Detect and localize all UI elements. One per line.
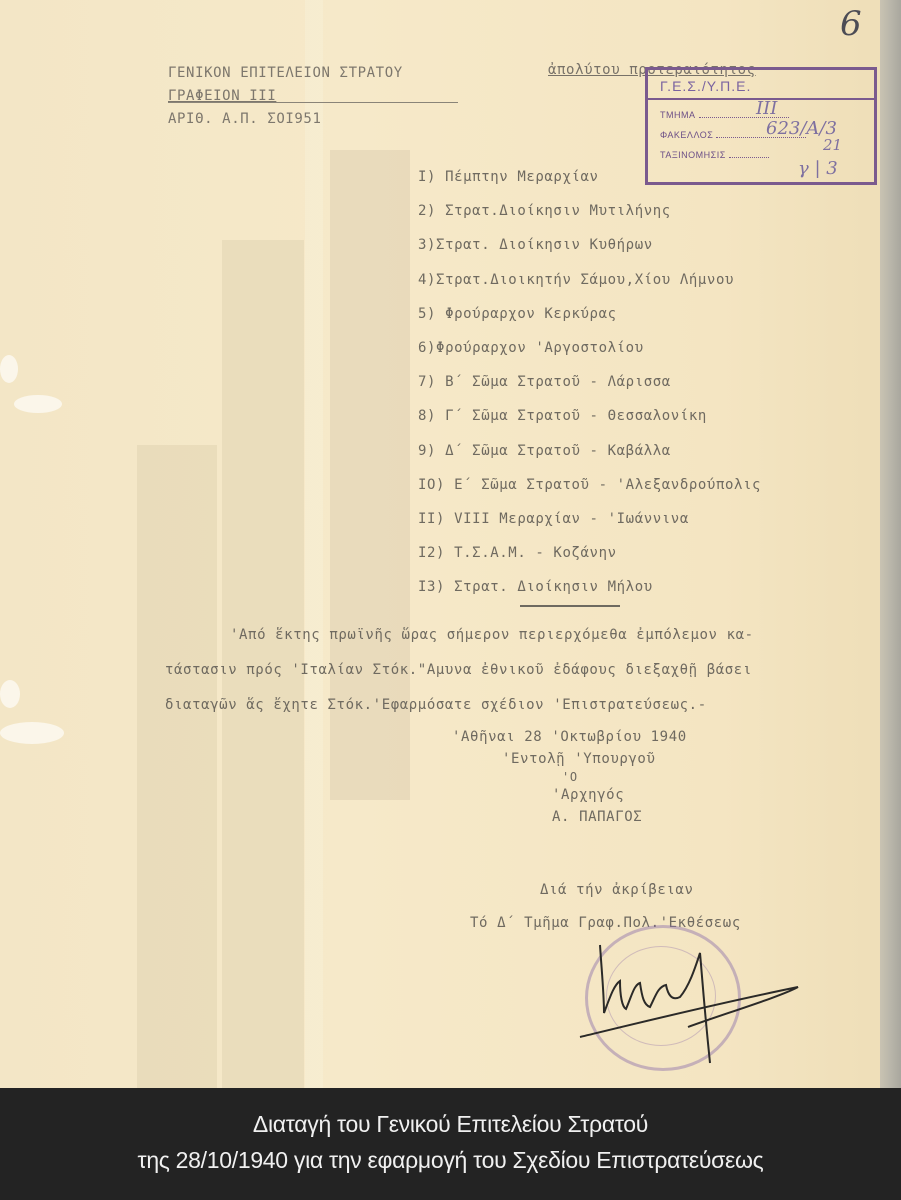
closing-date: 'Αθῆναι 28 'Οκτωβρίου 1940 [452,726,687,748]
recipient-item: 9) Δ΄ Σῶμα Στρατοῦ - Καβάλλα [418,434,761,468]
stamp-row-value: ΙΙΙ [756,98,777,119]
authentication-line-1: Διά τήν ἀκρίβειαν [470,874,741,907]
paper-damage [14,395,62,413]
header-line-3: ΑΡΙΘ. Α.Π. ΣΟΙ951 [168,108,403,131]
stamp-row-taxinomisis: ΤΑΞΙΝΟΜΗΣΙΣ [660,150,769,160]
header-line-2: ΓΡΑΦΕΙΟΝ ΙΙΙ [168,85,403,108]
paper-damage [0,355,18,383]
header-underline [168,102,458,103]
image-caption: Διαταγή του Γενικού Επιτελείου Στρατού τ… [0,1088,901,1200]
stamp-extra: γ | 3 [798,158,838,179]
document-header: ΓΕΝΙΚΟΝ ΕΠΙΤΕΛΕΙΟΝ ΣΤΡΑΤΟΥ ΓΡΑΦΕΙΟΝ ΙΙΙ … [168,62,403,131]
recipient-item: Ι3) Στρατ. Διοίκησιν Μήλου [418,570,761,604]
caption-line-2: της 28/10/1940 για την εφαρμογή του Σχεδ… [0,1142,901,1178]
recipient-item: 8) Γ΄ Σῶμα Στρατοῦ - Θεσσαλονίκη [418,399,761,433]
recipient-item: Ι) Πέμπτην Μεραρχίαν [418,160,761,194]
stamp-title: Γ.Ε.Σ./Υ.Π.Ε. [660,78,751,94]
caption-line-1: Διαταγή του Γενικού Επιτελείου Στρατού [0,1106,901,1142]
recipient-item: Ι2) Τ.Σ.Α.Μ. - Κοζάνην [418,536,761,570]
body-line-2: τάστασιν πρός 'Ιταλίαν Στόκ."Αμυνα ἐθνικ… [165,653,754,688]
page-number-handwritten: 6 [840,4,862,44]
stamp-row-label: ΤΜΗΜΑ [660,110,696,120]
signature-icon [570,935,800,1065]
closing-article: 'Ο [452,770,687,784]
body-line-1: 'Από ἕκτης πρωϊνῆς ὥρας σήμερον περιερχό… [165,618,754,653]
header-line-1: ΓΕΝΙΚΟΝ ΕΠΙΤΕΛΕΙΟΝ ΣΤΡΑΤΟΥ [168,62,403,85]
paper-fold [305,0,323,1088]
recipient-item: 5) Φρούραρχον Κερκύρας [418,297,761,331]
recipient-item: 4)Στρατ.Διοικητήν Σάμου,Χίου Λήμνου [418,263,761,297]
recipient-item: ΙΟ) Ε΄ Σῶμα Στρατοῦ - 'Αλεξανδρούπολις [418,468,761,502]
section-divider [520,605,620,607]
recipient-item: 3)Στρατ. Διοίκησιν Κυθήρων [418,228,761,262]
stamp-row-label: ΦΑΚΕΛΛΟΣ [660,130,713,140]
tape-strip [137,445,217,1088]
document-edge [880,0,901,1088]
paper-damage [0,722,64,744]
order-body: 'Από ἕκτης πρωϊνῆς ὥρας σήμερον περιερχό… [165,618,754,723]
recipient-item: ΙΙ) VIII Μεραρχίαν - 'Ιωάννινα [418,502,761,536]
body-line-3: διαταγῶν ἅς ἔχητε Στόκ.'Εφαρμόσατε σχέδι… [165,688,754,723]
closing-order: 'Εντολῇ 'Υπουργοῦ [452,748,687,770]
recipient-list: Ι) Πέμπτην Μεραρχίαν 2) Στρατ.Διοίκησιν … [418,160,761,605]
closing-block: 'Αθῆναι 28 'Οκτωβρίου 1940 'Εντολῇ 'Υπου… [452,726,687,828]
recipient-item: 7) Β΄ Σῶμα Στρατοῦ - Λάρισσα [418,365,761,399]
paper-damage [0,680,20,708]
stamp-row-label: ΤΑΞΙΝΟΜΗΣΙΣ [660,150,726,160]
recipient-item: 6)Φρούραρχον 'Αργοστολίου [418,331,761,365]
stamp-row-value: 21 [823,136,842,154]
closing-name: Α. ΠΑΠΑΓΟΣ [452,806,687,828]
document-scan: ΓΕΝΙΚΟΝ ΕΠΙΤΕΛΕΙΟΝ ΣΤΡΑΤΟΥ ΓΡΑΦΕΙΟΝ ΙΙΙ … [0,0,901,1088]
closing-title: 'Αρχηγός [452,784,687,806]
authentication-block: Διά τήν ἀκρίβειαν Τό Δ΄ Τμῆμα Γραφ.Πολ.'… [470,874,741,940]
recipient-item: 2) Στρατ.Διοίκησιν Μυτιλήνης [418,194,761,228]
